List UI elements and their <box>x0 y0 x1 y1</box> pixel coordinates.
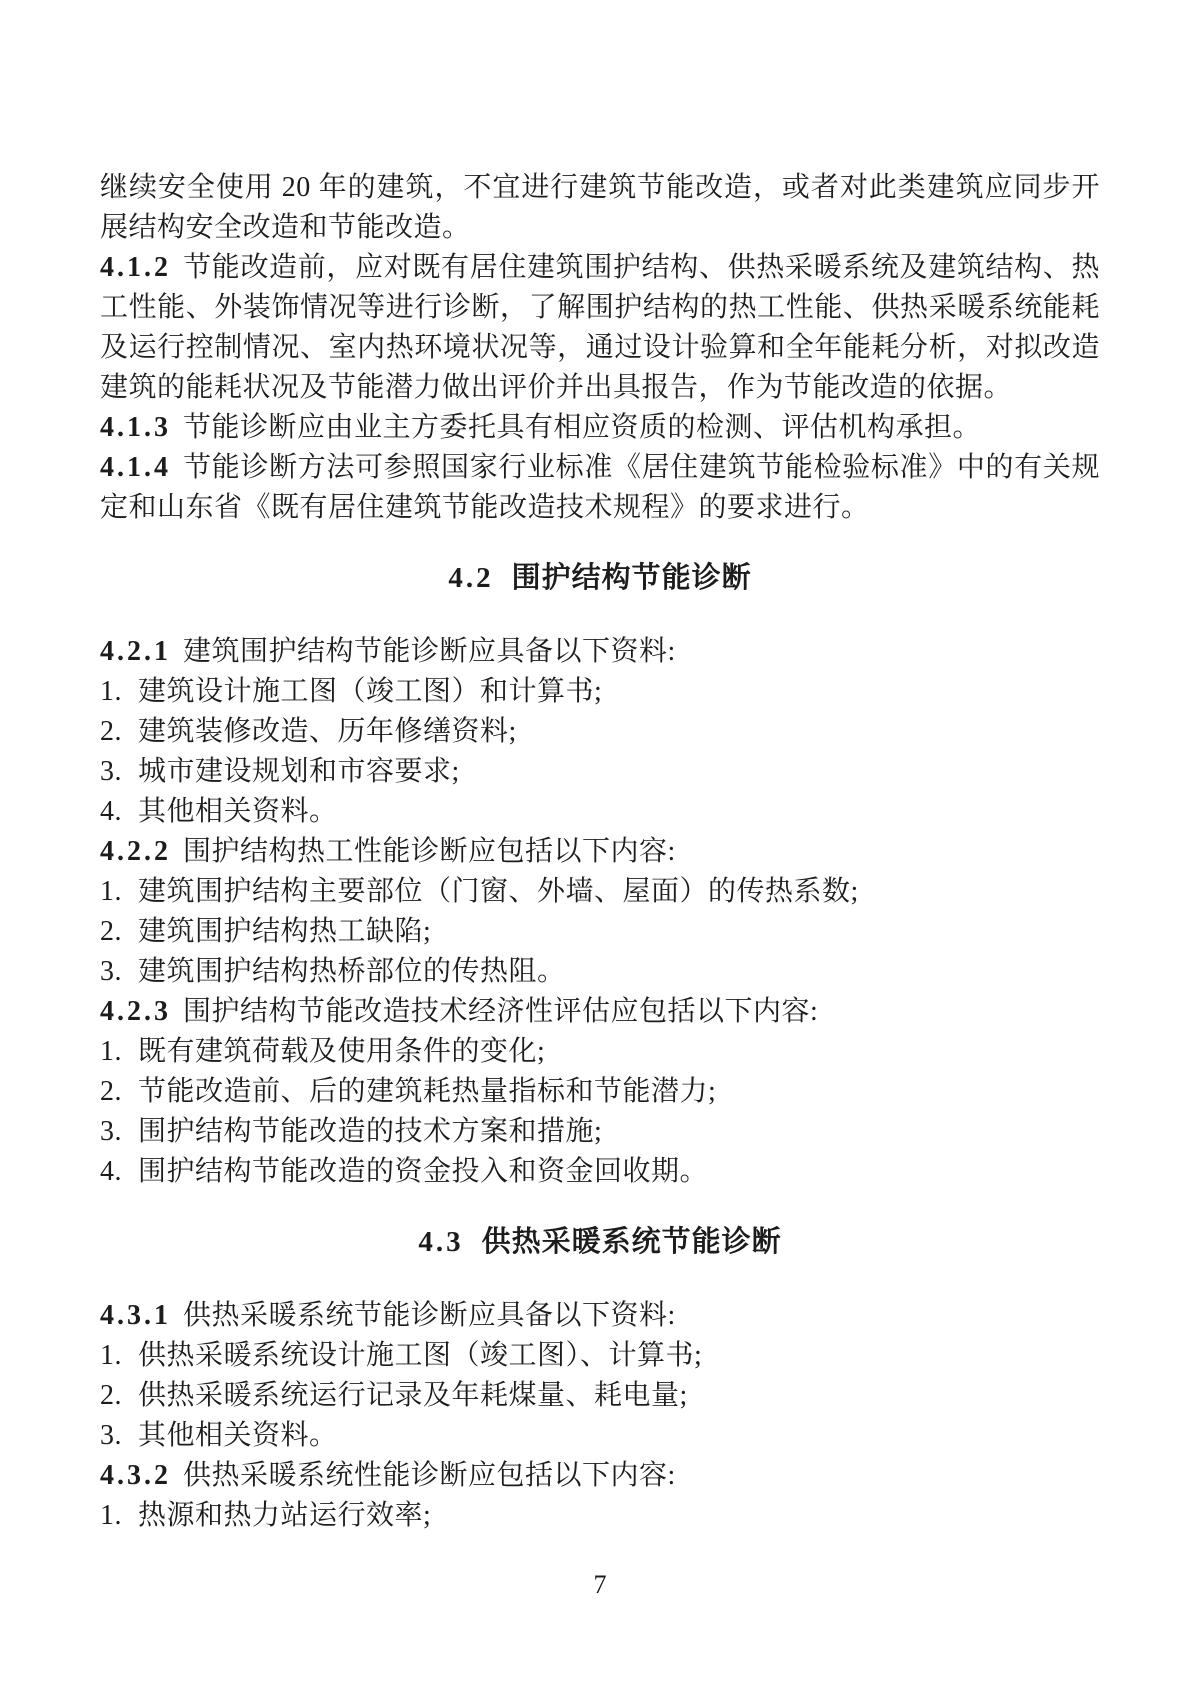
page-number: 7 <box>0 1568 1200 1602</box>
item-text: 热源和热力站运行效率; <box>138 1500 431 1531</box>
item-number: 2. <box>100 716 122 747</box>
clause-number: 4.1.4 <box>100 452 171 483</box>
section-heading-4-2: 4.2围护结构节能诊断 <box>100 558 1100 598</box>
section-title: 围护结构节能诊断 <box>512 562 752 594</box>
item-number: 2. <box>100 1380 122 1411</box>
list-item: 3.围护结构节能改造的技术方案和措施; <box>100 1112 1100 1152</box>
clause-number: 4.2.3 <box>100 996 171 1027</box>
item-text: 供热采暖系统运行记录及年耗煤量、耗电量; <box>138 1380 688 1411</box>
clause-text: 供热采暖系统性能诊断应包括以下内容: <box>183 1460 676 1491</box>
clause-text: 节能诊断方法可参照国家行业标准《居住建筑节能检验标准》中的有关规定和山东省《既有… <box>100 452 1100 523</box>
item-text: 建筑围护结构主要部位（门窗、外墙、屋面）的传热系数; <box>138 876 859 907</box>
list-item: 3.建筑围护结构热桥部位的传热阻。 <box>100 952 1100 992</box>
list-item: 1.建筑设计施工图（竣工图）和计算书; <box>100 672 1100 712</box>
clause-text: 供热采暖系统节能诊断应具备以下资料: <box>183 1300 676 1331</box>
clause-number: 4.3.2 <box>100 1460 171 1491</box>
list-item: 2.供热采暖系统运行记录及年耗煤量、耗电量; <box>100 1376 1100 1416</box>
item-text: 城市建设规划和市容要求; <box>138 756 460 787</box>
list-item: 3.其他相关资料。 <box>100 1416 1100 1456</box>
item-text: 其他相关资料。 <box>138 1420 338 1451</box>
clause-number: 4.3.1 <box>100 1300 171 1331</box>
clause-number: 4.2.2 <box>100 836 171 867</box>
item-number: 1. <box>100 876 122 907</box>
item-number: 2. <box>100 1076 122 1107</box>
clause-text: 节能诊断应由业主方委托具有相应资质的检测、评估机构承担。 <box>183 412 981 443</box>
list-item: 1.供热采暖系统设计施工图（竣工图）、计算书; <box>100 1336 1100 1376</box>
list-item: 4.围护结构节能改造的资金投入和资金回收期。 <box>100 1152 1100 1192</box>
page-content: 继续安全使用 20 年的建筑，不宜进行建筑节能改造，或者对此类建筑应同步开展结构… <box>100 168 1100 1536</box>
section-title: 供热采暖系统节能诊断 <box>482 1226 782 1258</box>
list-item: 4.其他相关资料。 <box>100 792 1100 832</box>
clause-4-2-2: 4.2.2围护结构热工性能诊断应包括以下内容: <box>100 832 1100 872</box>
list-item: 1.热源和热力站运行效率; <box>100 1496 1100 1536</box>
item-text: 围护结构节能改造的技术方案和措施; <box>138 1116 602 1147</box>
item-number: 3. <box>100 756 122 787</box>
section-number: 4.2 <box>448 562 493 594</box>
item-number: 4. <box>100 1156 122 1187</box>
clause-4-3-1: 4.3.1供热采暖系统节能诊断应具备以下资料: <box>100 1296 1100 1336</box>
item-text: 建筑装修改造、历年修缮资料; <box>138 716 517 747</box>
section-heading-4-3: 4.3供热采暖系统节能诊断 <box>100 1222 1100 1262</box>
item-number: 1. <box>100 1340 122 1371</box>
document-page: 继续安全使用 20 年的建筑，不宜进行建筑节能改造，或者对此类建筑应同步开展结构… <box>0 0 1200 1697</box>
item-number: 1. <box>100 1036 122 1067</box>
list-item: 2.建筑装修改造、历年修缮资料; <box>100 712 1100 752</box>
clause-4-3-2: 4.3.2供热采暖系统性能诊断应包括以下内容: <box>100 1456 1100 1496</box>
item-text: 围护结构节能改造的资金投入和资金回收期。 <box>138 1156 708 1187</box>
item-number: 1. <box>100 1500 122 1531</box>
clause-number: 4.1.2 <box>100 252 171 283</box>
clause-4-2-1: 4.2.1建筑围护结构节能诊断应具备以下资料: <box>100 632 1100 672</box>
clause-text: 建筑围护结构节能诊断应具备以下资料: <box>183 636 676 667</box>
list-item: 2.节能改造前、后的建筑耗热量指标和节能潜力; <box>100 1072 1100 1112</box>
list-item: 1.既有建筑荷载及使用条件的变化; <box>100 1032 1100 1072</box>
clause-4-1-2: 4.1.2节能改造前，应对既有居住建筑围护结构、供热采暖系统及建筑结构、热工性能… <box>100 248 1100 408</box>
item-text: 供热采暖系统设计施工图（竣工图）、计算书; <box>138 1340 702 1371</box>
item-number: 3. <box>100 956 122 987</box>
clause-4-1-3: 4.1.3节能诊断应由业主方委托具有相应资质的检测、评估机构承担。 <box>100 408 1100 448</box>
item-number: 3. <box>100 1420 122 1451</box>
clause-4-1-4: 4.1.4节能诊断方法可参照国家行业标准《居住建筑节能检验标准》中的有关规定和山… <box>100 448 1100 528</box>
clause-number: 4.2.1 <box>100 636 171 667</box>
item-number: 2. <box>100 916 122 947</box>
clause-4-2-3: 4.2.3围护结构节能改造技术经济性评估应包括以下内容: <box>100 992 1100 1032</box>
item-text: 既有建筑荷载及使用条件的变化; <box>138 1036 545 1067</box>
list-item: 2.建筑围护结构热工缺陷; <box>100 912 1100 952</box>
item-text: 其他相关资料。 <box>138 796 338 827</box>
list-item: 1.建筑围护结构主要部位（门窗、外墙、屋面）的传热系数; <box>100 872 1100 912</box>
item-text: 建筑设计施工图（竣工图）和计算书; <box>138 676 602 707</box>
paragraph-text: 继续安全使用 20 年的建筑，不宜进行建筑节能改造，或者对此类建筑应同步开展结构… <box>100 172 1100 243</box>
list-item: 3.城市建设规划和市容要求; <box>100 752 1100 792</box>
item-text: 建筑围护结构热工缺陷; <box>138 916 431 947</box>
item-text: 建筑围护结构热桥部位的传热阻。 <box>138 956 566 987</box>
clause-text: 节能改造前，应对既有居住建筑围护结构、供热采暖系统及建筑结构、热工性能、外装饰情… <box>100 252 1100 403</box>
clause-text: 围护结构热工性能诊断应包括以下内容: <box>183 836 676 867</box>
item-number: 4. <box>100 796 122 827</box>
paragraph-continuation: 继续安全使用 20 年的建筑，不宜进行建筑节能改造，或者对此类建筑应同步开展结构… <box>100 168 1100 248</box>
clause-number: 4.1.3 <box>100 412 171 443</box>
item-text: 节能改造前、后的建筑耗热量指标和节能潜力; <box>138 1076 716 1107</box>
item-number: 1. <box>100 676 122 707</box>
item-number: 3. <box>100 1116 122 1147</box>
section-number: 4.3 <box>418 1226 463 1258</box>
clause-text: 围护结构节能改造技术经济性评估应包括以下内容: <box>183 996 818 1027</box>
